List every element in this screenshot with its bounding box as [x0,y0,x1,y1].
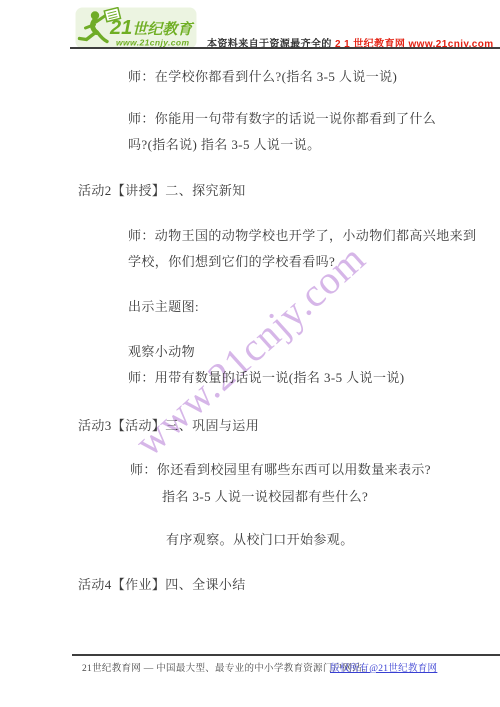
footer-copyright-link[interactable]: 版权所有@21世纪教育网 [330,660,437,674]
doc-heading-activity-3: 活动3【活动】三、巩固与运用 [78,417,259,435]
header-divider [70,47,500,49]
document-page: 21世纪教育 www.21cnjy.com 本资料来自于资源最齐全的 2 1 世… [0,0,500,707]
doc-line: 指名 3-5 人说一说校园都有些什么? [162,488,368,506]
doc-line: 师：用带有数量的话说一说(指名 3-5 人说一说) [128,369,405,387]
doc-line: 师：你能用一句带有数字的话说一说你都看到了什么 [128,110,436,128]
doc-line: 吗?(指名说) 指名 3-5 人说一说。 [128,136,321,154]
doc-line: 师：动物王国的动物学校也开学了，小动物们都高兴地来到 [128,227,476,245]
doc-line: 出示主题图: [128,298,199,316]
doc-line: 师：你还看到校园里有哪些东西可以用数量来表示? [130,461,431,479]
doc-heading-activity-4: 活动4【作业】四、全课小结 [78,576,246,594]
logo-url-text: www.21cnjy.com [116,38,190,48]
site-logo: 21世纪教育 www.21cnjy.com [75,7,197,49]
logo-brand-text: 21世纪教育 [109,17,195,39]
doc-heading-activity-2: 活动2【讲授】二、探究新知 [78,182,246,200]
doc-line: 师：在学校你都看到什么?(指名 3-5 人说一说) [128,68,397,86]
footer-divider [72,654,500,656]
footer-info-text: 21世纪教育网 — 中国最大型、最专业的中小学教育资源门户网站。 [82,660,372,674]
doc-line: 学校，你们想到它们的学校看看吗? [128,253,335,271]
doc-line: 观察小动物 [128,343,195,361]
doc-line: 有序观察。从校门口开始参观。 [166,531,354,549]
